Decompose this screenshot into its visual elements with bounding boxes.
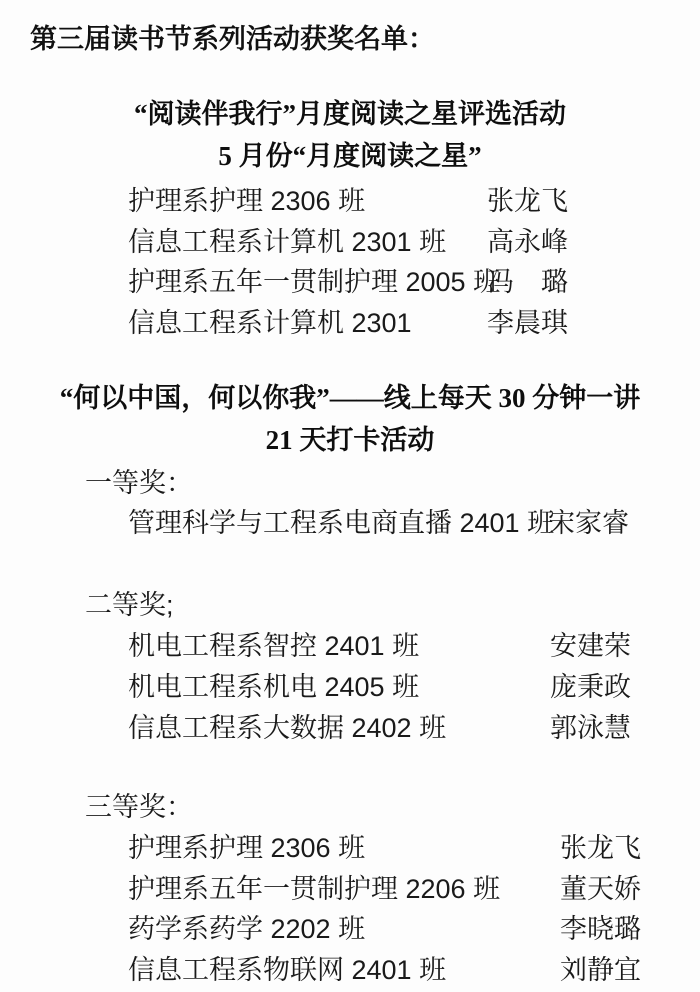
winner-class: 信息工程系大数据 2402 班 — [128, 713, 446, 743]
winner-list-second-prize: 机电工程系智控 2401 班 安建荣 机电工程系机电 2405 班 庞秉政 信息… — [0, 626, 700, 749]
prize-label-third: 三等奖： — [85, 786, 193, 828]
activity-title-line: 21 天打卡活动 — [0, 419, 700, 461]
winner-class: 信息工程系计算机 2301 — [128, 308, 412, 338]
winner-row: 信息工程系计算机 2301 李晨琪 — [0, 303, 700, 344]
winner-class: 机电工程系智控 2401 班 — [128, 631, 419, 661]
activity-title-line: 5 月份“月度阅读之星” — [0, 135, 700, 177]
winner-class: 机电工程系机电 2405 班 — [128, 672, 419, 702]
winner-list-reading-star: 护理系护理 2306 班 张龙飞 信息工程系计算机 2301 班 高永峰 护理系… — [0, 181, 700, 343]
winner-class: 护理系五年一贯制护理 2206 班 — [128, 874, 500, 904]
winner-class: 护理系护理 2306 班 — [128, 186, 365, 216]
winner-row: 护理系五年一贯制护理 2206 班 董天娇 — [0, 869, 700, 910]
winner-row: 机电工程系机电 2405 班 庞秉政 — [0, 667, 700, 708]
winner-row: 信息工程系计算机 2301 班 高永峰 — [0, 222, 700, 263]
winner-class: 药学系药学 2202 班 — [128, 914, 365, 944]
winner-row: 机电工程系智控 2401 班 安建荣 — [0, 626, 700, 667]
document-page: 第三届读书节系列活动获奖名单： “阅读伴我行”月度阅读之星评选活动 5 月份“月… — [0, 0, 700, 992]
winner-row: 管理科学与工程系电商直播 2401 班 宋家睿 — [0, 502, 700, 544]
winner-name: 李晨琪 — [487, 303, 568, 344]
winner-row: 护理系护理 2306 班 张龙飞 — [0, 181, 700, 222]
winner-row: 信息工程系物联网 2401 班 刘静宜 — [0, 950, 700, 991]
winner-list-third-prize: 护理系护理 2306 班 张龙飞 护理系五年一贯制护理 2206 班 董天娇 药… — [0, 828, 700, 990]
winner-row: 药学系药学 2202 班 李晓璐 — [0, 909, 700, 950]
winner-row: 信息工程系大数据 2402 班 郭泳慧 — [0, 708, 700, 749]
activity-title-reading-star: “阅读伴我行”月度阅读之星评选活动 5 月份“月度阅读之星” — [0, 93, 700, 177]
winner-class: 护理系护理 2306 班 — [128, 833, 365, 863]
winner-row: 护理系五年一贯制护理 2005 班 冯 璐 — [0, 262, 700, 303]
winner-name: 张龙飞 — [560, 828, 641, 869]
winner-class: 管理科学与工程系电商直播 2401 班 — [128, 508, 554, 538]
activity-title-line: “何以中国，何以你我”——线上每天 30 分钟一讲 — [0, 377, 700, 419]
winner-row: 护理系护理 2306 班 张龙飞 — [0, 828, 700, 869]
winner-name: 安建荣 — [550, 626, 631, 667]
prize-label-first: 一等奖： — [85, 462, 193, 504]
winner-name: 李晓璐 — [560, 909, 641, 950]
activity-title-checkin: “何以中国，何以你我”——线上每天 30 分钟一讲 21 天打卡活动 — [0, 377, 700, 461]
winner-class: 护理系五年一贯制护理 2005 班 — [128, 267, 500, 297]
winner-name: 刘静宜 — [560, 950, 641, 991]
winner-name: 董天娇 — [560, 869, 641, 910]
document-title: 第三届读书节系列活动获奖名单： — [30, 18, 435, 60]
prize-label-second: 二等奖; — [85, 584, 174, 626]
winner-name: 庞秉政 — [550, 667, 631, 708]
winner-name: 郭泳慧 — [550, 708, 631, 749]
winner-name: 张龙飞 — [487, 181, 568, 222]
winner-list-first-prize: 管理科学与工程系电商直播 2401 班 宋家睿 — [0, 502, 700, 544]
winner-name: 宋家睿 — [548, 502, 629, 544]
winner-name: 冯 璐 — [487, 262, 568, 303]
activity-title-line: “阅读伴我行”月度阅读之星评选活动 — [0, 93, 700, 135]
winner-name: 高永峰 — [487, 222, 568, 263]
winner-class: 信息工程系计算机 2301 班 — [128, 227, 446, 257]
winner-class: 信息工程系物联网 2401 班 — [128, 955, 446, 985]
